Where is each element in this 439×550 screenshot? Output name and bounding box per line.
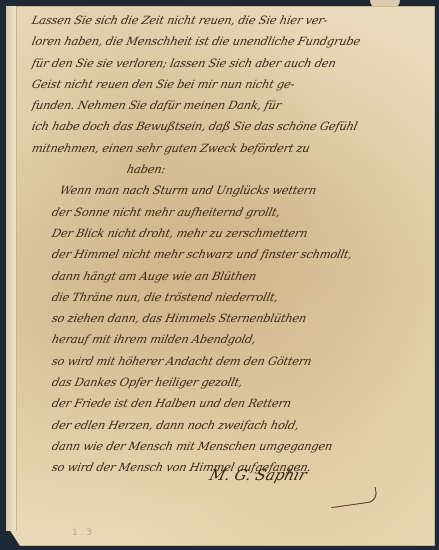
poem-line: dann hängt am Auge wie an Blüthen — [30, 266, 430, 287]
poem-line: Wenn man nach Sturm und Unglücks wettern — [30, 180, 430, 201]
poem-line: so ziehen dann, das Himmels Sternenblüth… — [30, 308, 430, 329]
text-line: loren haben, die Menschheit ist die unen… — [30, 31, 430, 52]
poem-line: der Friede ist den Halben und den Retter… — [30, 393, 430, 414]
poem-line: herauf mit ihrem milden Abendgold, — [30, 329, 430, 350]
text-line: haben: — [30, 159, 430, 180]
poem-line: der Sonne nicht mehr aufheiternd grollt, — [30, 202, 430, 223]
poem-line: der Himmel nicht mehr schwarz und finste… — [30, 244, 430, 265]
letter-body: Lassen Sie sich die Zeit nicht reuen, di… — [32, 10, 427, 479]
text-line: funden. Nehmen Sie dafür meinen Dank, fü… — [30, 95, 430, 116]
text-line: mitnehmen, einen sehr guten Zweck beförd… — [30, 138, 430, 159]
poem-line: Der Blick nicht droht, mehr zu zerschmet… — [30, 223, 430, 244]
text-line: für den Sie sie verloren; lassen Sie sic… — [30, 53, 430, 74]
poem-line: so wird mit höherer Andacht dem den Gött… — [30, 351, 430, 372]
poem-line: die Thräne nun, die tröstend niederrollt… — [30, 287, 430, 308]
signature: M. G. Saphir — [208, 466, 309, 484]
pencil-note: 1 . 3 — [72, 528, 92, 538]
poem-line: dann wie der Mensch mit Menschen umgegan… — [30, 436, 430, 457]
poem-line: das Dankes Opfer heiliger gezollt, — [30, 372, 430, 393]
page-fold-edge — [6, 6, 17, 531]
text-line: Geist nicht reuen den Sie bei mir nun ni… — [30, 74, 430, 95]
text-line: ich habe doch das Bewußtsein, daß Sie da… — [30, 116, 430, 137]
poem-line: der edlen Herzen, dann noch zweifach hol… — [30, 415, 430, 436]
text-line: Lassen Sie sich die Zeit nicht reuen, di… — [30, 10, 430, 31]
